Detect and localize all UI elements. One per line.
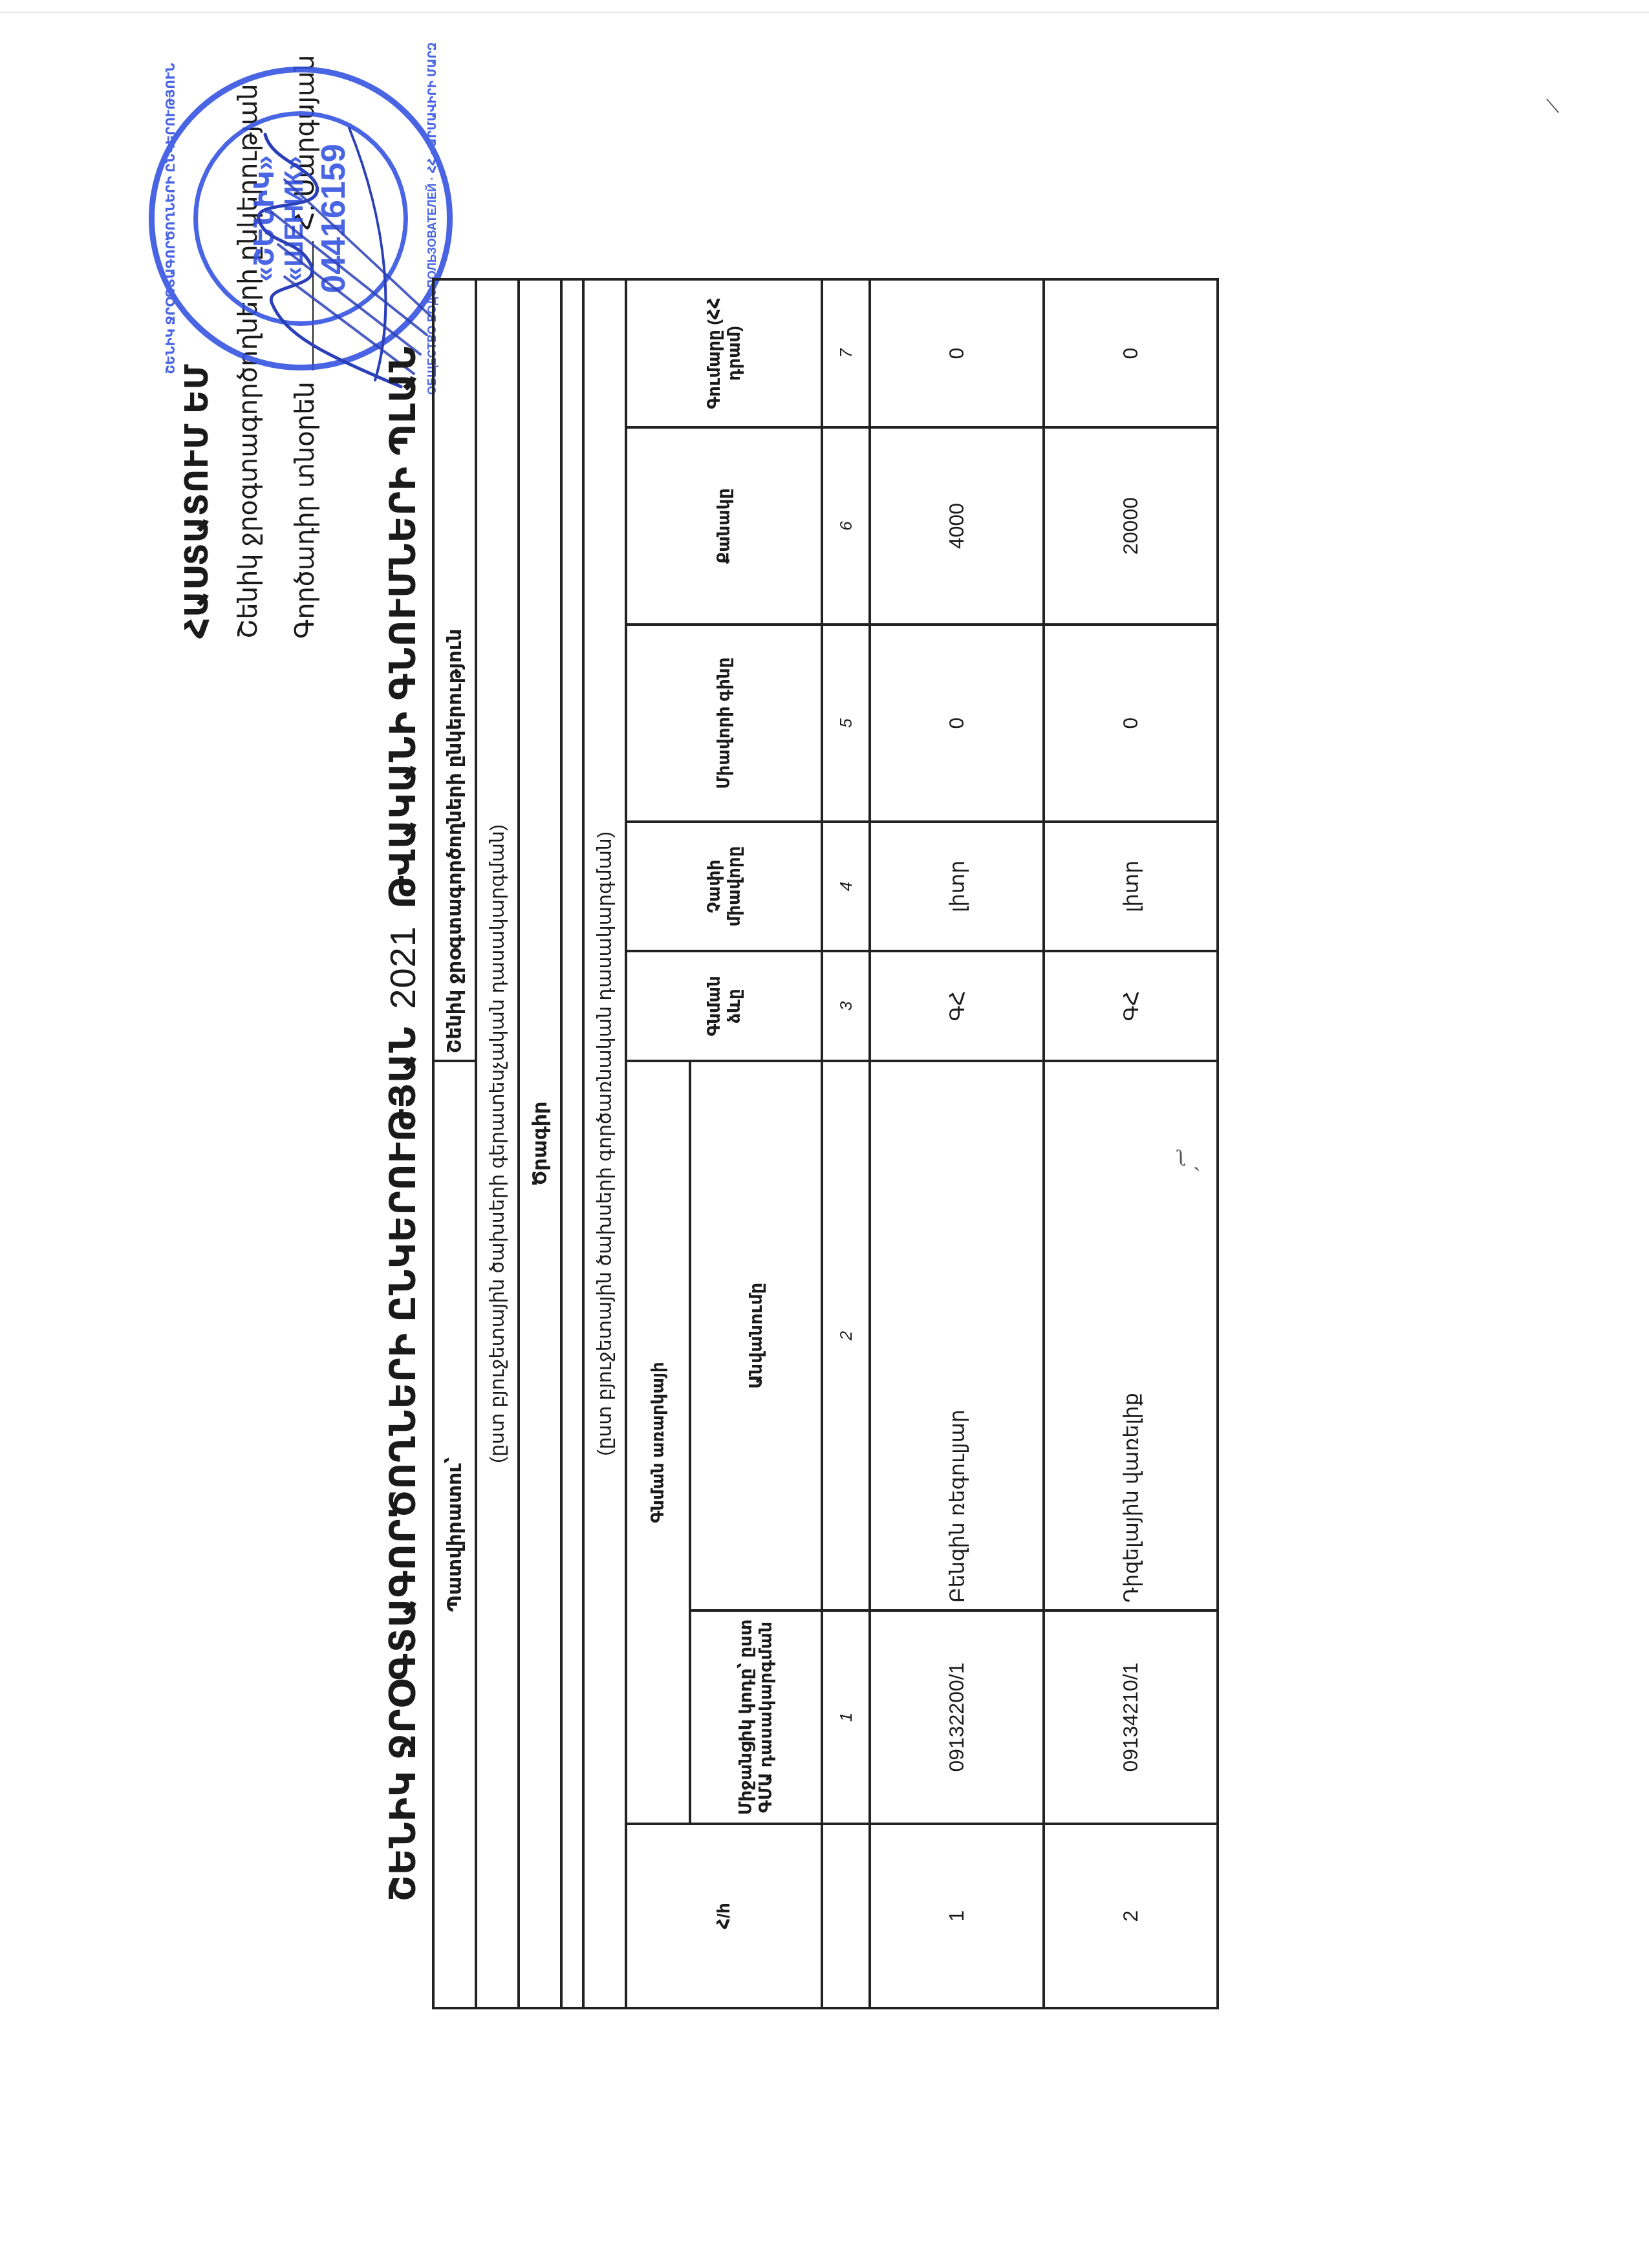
header-index: Հ/հ xyxy=(626,1824,822,2008)
column-number-empty xyxy=(822,1824,870,2008)
customer-label: Պատվիրատու՝ xyxy=(433,1061,476,2008)
title-part-1: ՇԵՆԻԿ ՋՐՕԳՏԱԳՈՐԾՈՂՆԵՐԻ ԸՆԿԵՐՈՒԹՅԱՆ xyxy=(382,1026,423,1901)
stamp-code: 04416159 xyxy=(314,144,353,293)
row-name: Դիզելային վառելիք xyxy=(1044,1061,1218,1610)
document-page: ՀԱՍՏԱՏՈՒՄ ԵՄ Շենիկ ջրօգտագործողների ընկե… xyxy=(0,0,1649,2268)
column-number: 2 xyxy=(822,1061,870,1610)
header-procurement-form: Գնման ձևը xyxy=(626,951,822,1061)
header-quantity: Քանակը xyxy=(626,427,822,625)
header-subject-group: Գնման առարկայի xyxy=(626,1061,690,1824)
column-number: 3 xyxy=(822,951,870,1061)
program-label: Ծրագիր xyxy=(519,279,561,2008)
stamp-name-ru: «ШЕНИК» xyxy=(280,156,309,281)
row-cpv-code: 09134210/1 xyxy=(1044,1610,1218,1824)
program-classification-note: (ըստ բյուջետային ծախսերի գործառնական դաս… xyxy=(583,279,626,2008)
row-procurement-form: ԳՀ xyxy=(1044,951,1218,1061)
document-title: ՇԵՆԻԿ ՋՐՕԳՏԱԳՈՐԾՈՂՆԵՐԻ ԸՆԿԵՐՈՒԹՅԱՆ 2021 … xyxy=(382,251,424,1996)
header-unit: Չափի միավորը xyxy=(626,822,822,951)
program-row: Ծրագիր xyxy=(519,279,561,2008)
column-number: 4 xyxy=(822,822,870,951)
customer-row: Պատվիրատու՝ Շենիկ ջրօգտագործողների ընկեր… xyxy=(433,279,476,2008)
column-number: 7 xyxy=(822,279,870,427)
program-note-row: (ըստ բյուջետային ծախսերի գործառնական դաս… xyxy=(583,279,626,2008)
row-quantity: 4000 xyxy=(870,427,1044,625)
table-row: 2 09134210/1 Դիզելային վառելիք ԳՀ լիտր 0… xyxy=(1044,279,1218,2008)
stamp-name-hy: «ՇԵՆԻԿ» xyxy=(248,156,280,282)
row-procurement-form: ԳՀ xyxy=(870,951,1044,1061)
row-index: 2 xyxy=(1044,1824,1218,2008)
row-quantity: 20000 xyxy=(1044,427,1218,625)
customer-note-row: (ըստ բյուջետային ծախսերի գերատեսչական դա… xyxy=(476,279,519,2008)
row-unit: լիտր xyxy=(1044,822,1218,951)
stamp-inner-circle: «ՇԵՆԻԿ» «ШЕНИК» 04416159 xyxy=(193,111,408,326)
row-unit-price: 0 xyxy=(1044,625,1218,822)
header-row-main: Հ/հ Գնման առարկայի Գնման ձևը Չափի միավոր… xyxy=(626,279,690,2008)
title-part-2: ԹՎԱԿԱՆԻ ԳՆՈՒՄՆԵՐԻ ՊԼԱՆ xyxy=(382,346,423,909)
table-row: 1 09132200/1 Բենզին ռեգուլյար ԳՀ լիտր 0 … xyxy=(870,279,1044,2008)
header-amount: Գումարը (ՀՀ դրամ) xyxy=(626,279,822,427)
row-unit-price: 0 xyxy=(870,625,1044,822)
column-number: 1 xyxy=(822,1610,870,1824)
row-unit: լիտր xyxy=(870,822,1044,951)
blank-row xyxy=(561,279,583,2008)
column-number-row: 1 2 3 4 5 6 7 xyxy=(822,279,870,2008)
procurement-plan-table: Պատվիրատու՝ Շենիկ ջրօգտագործողների ընկեր… xyxy=(432,278,1219,2009)
column-number: 5 xyxy=(822,625,870,822)
scan-mark: ʅ ˏ xyxy=(1177,1144,1201,1171)
title-year: 2021 xyxy=(382,926,423,1009)
header-cpv-code: Միջանցիկ կոդը՝ ըստ ԳՄԱ դասակարգման xyxy=(690,1610,822,1824)
customer-classification-note: (ըստ բյուջետային ծախսերի գերատեսչական դա… xyxy=(476,279,519,2008)
column-number: 6 xyxy=(822,427,870,625)
header-name: Անվանումը xyxy=(690,1061,822,1610)
stamp-ring-top: ՇԵՆԻԿ ՋՐՕԳՏԱԳՈՐԾՈՂՆԵՐԻ ԸՆԿԵՐՈՒԹՅՈՒՆ xyxy=(162,63,178,374)
row-name: Բենզին ռեգուլյար xyxy=(870,1061,1044,1610)
header-unit-price: Միավորի գինը xyxy=(626,625,822,822)
row-cpv-code: 09132200/1 xyxy=(870,1610,1044,1824)
customer-value: Շենիկ ջրօգտագործողների ընկերություն xyxy=(433,279,476,1061)
row-index: 1 xyxy=(870,1824,1044,2008)
blank-cell xyxy=(561,279,583,2008)
approval-position: Գործադիր տնօրեն xyxy=(291,381,319,639)
row-amount: 0 xyxy=(1044,279,1218,427)
row-amount: 0 xyxy=(870,279,1044,427)
